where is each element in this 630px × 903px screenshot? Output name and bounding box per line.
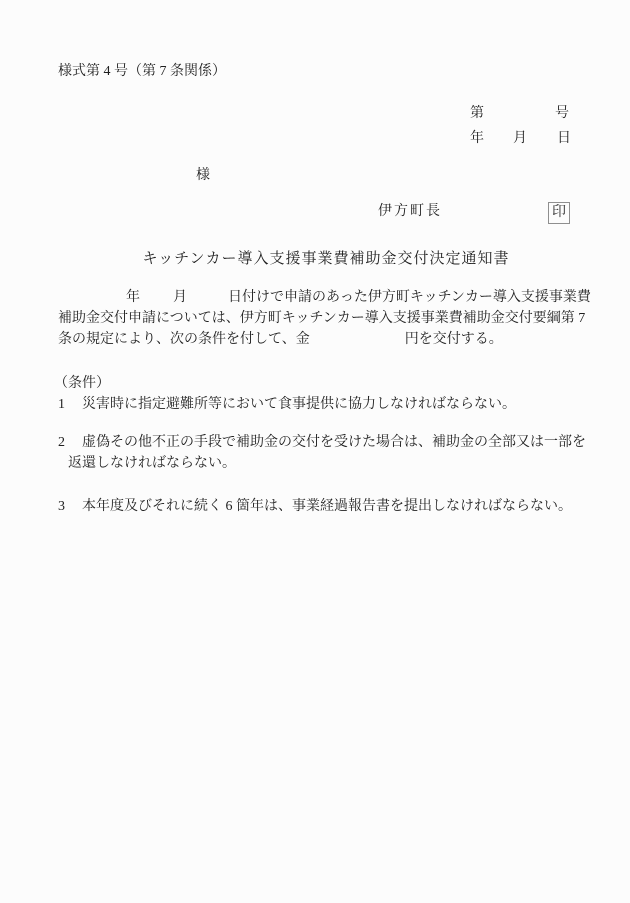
condition-item-2: 2虚偽その他不正の手段で補助金の交付を受けた場合は、補助金の全部又は一部を (58, 432, 586, 453)
condition-item-3: 3本年度及びそれに続く 6 箇年は、事業経過報告書を提出しなければならない。 (58, 496, 572, 517)
condition-1-text: 災害時に指定避難所等において食事提供に協力しなければならない。 (82, 397, 516, 412)
body-year-label: 年 (126, 290, 140, 305)
condition-3-number: 3 (58, 496, 82, 517)
body-line3-before-amount: 条の規定により、次の条件を付して、金 (58, 332, 310, 347)
doc-number-prefix: 第 (470, 106, 484, 121)
body-line-1: 年月日付けで申請のあった伊方町キッチンカー導入支援事業費 (58, 287, 591, 308)
condition-item-1: 1災害時に指定避難所等において食事提供に協力しなければならない。 (58, 394, 516, 415)
body-month-label: 月 (173, 290, 187, 305)
condition-1-number: 1 (58, 394, 82, 415)
doc-number-line: 第号 (470, 103, 569, 124)
condition-2-number: 2 (58, 432, 82, 453)
body-indent-blank (58, 300, 126, 301)
amount-blank (310, 342, 405, 343)
date-year-label: 年 (470, 131, 484, 146)
doc-number-blank (484, 116, 555, 117)
document-page: 様式第 4 号（第 7 条関係） 第号 年月日 様 伊方町長 印 キッチンカー導… (0, 0, 630, 903)
date-month-label: 月 (513, 131, 527, 146)
document-title: キッチンカー導入支援事業費補助金交付決定通知書 (0, 249, 630, 270)
condition-2-text-line1: 虚偽その他不正の手段で補助金の交付を受けた場合は、補助金の全部又は一部を (82, 435, 586, 450)
body-year-blank (140, 300, 173, 301)
date-year-blank (484, 141, 513, 142)
body-line1-text: 日付けで申請のあった伊方町キッチンカー導入支援事業費 (228, 290, 591, 305)
condition-3-text: 本年度及びそれに続く 6 箇年は、事業経過報告書を提出しなければならない。 (82, 499, 572, 514)
date-day-label: 日 (557, 131, 571, 146)
addressee-honorific: 様 (196, 165, 210, 186)
body-month-blank (187, 300, 228, 301)
form-number: 様式第 4 号（第 7 条関係） (58, 61, 226, 82)
condition-2-text-line2: 返還しなければならない。 (68, 453, 236, 474)
doc-number-suffix: 号 (555, 106, 569, 121)
date-month-blank (527, 141, 557, 142)
seal-placeholder: 印 (548, 202, 570, 224)
issue-date-line: 年月日 (470, 128, 571, 149)
conditions-heading: （条件） (54, 373, 110, 394)
body-line-3: 条の規定により、次の条件を付して、金円を交付する。 (58, 329, 503, 350)
body-line-2: 補助金交付申請については、伊方町キッチンカー導入支援事業費補助金交付要綱第 7 (58, 308, 585, 329)
issuer-name: 伊方町長 (378, 201, 442, 222)
body-line3-after-amount: 円を交付する。 (405, 332, 503, 347)
